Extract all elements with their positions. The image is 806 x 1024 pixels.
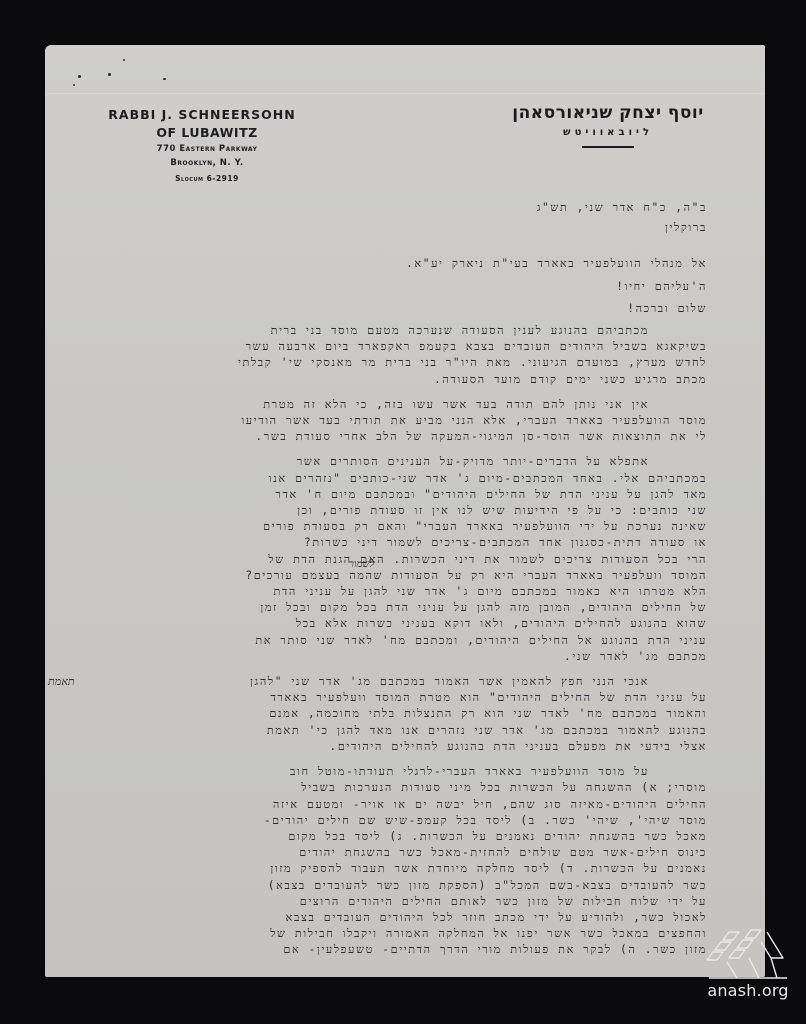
letterhead-address: 770 Eastern Parkway <box>107 144 307 154</box>
letter-line: על מוסד הוועלפעיר באארד העברי-לרגלי תעוד… <box>97 764 707 780</box>
letter-line: החילים היהודים-מאיזה סוג שהם, חיל יבשה י… <box>97 797 707 813</box>
letter-addressee: אל מנהלי הוועלפעיר באארד בעי"ת ניארק יע"… <box>97 256 707 272</box>
paper-speck <box>163 78 166 80</box>
letter-line: נאמנים על הכשרות. ד) ליסד מחלקה מיוחדת א… <box>97 861 707 877</box>
anash-watermark: anash.org <box>693 928 803 1018</box>
hebrew-letterhead: יוסף יצחק שניאורסאהן ליובאוויטש <box>503 103 713 148</box>
handwritten-note: לשמור <box>349 559 374 570</box>
letter-line: כינוס חילים-אשר מטם שולחים להחזית-מאכל כ… <box>97 845 707 861</box>
letterhead-phone: Slocum 6-2919 <box>107 174 307 183</box>
paper-speck <box>108 73 111 76</box>
handwritten-note: תאמת <box>48 675 75 688</box>
letter-line: מזון כשר. ה) לבקר את פעולות מורי הדרך הד… <box>97 942 707 958</box>
paragraph-gap <box>97 755 707 764</box>
letter-line: אין אני נותן להם תודה בעד אשר עשו בזה, כ… <box>97 397 707 413</box>
letterhead-hebrew-place: ליובאוויטש <box>503 127 713 138</box>
date-block: ב"ה, כ"ח אדר שני, תש"ג ברוקלין <box>97 200 707 236</box>
letter-line: מוסד שיהי', שיהי' כשר. ב) ליסד בכל קעמפ-… <box>97 813 707 829</box>
letter-line: בשיקאגא בשביל היהודים העובדים בצבא בקעמפ… <box>97 339 707 355</box>
letter-paragraphs: מכתביהם בהנוגע לענין הסעודה שנערכה מטעם … <box>97 323 707 959</box>
letter-location: ברוקלין <box>97 220 707 236</box>
letterhead-hebrew-name: יוסף יצחק שניאורסאהן <box>503 103 713 123</box>
letter-line: או סעודה דתית-כסגנון אחד המכתבים-צריכים … <box>97 535 707 551</box>
letter-line: מכתב מרגיע כשני ימים קודם מועד הסעודה. <box>97 372 707 388</box>
english-letterhead: RABBI J. SCHNEERSOHN OF LUBAWITZ 770 Eas… <box>107 107 307 183</box>
letter-line: הלא מטרתו היא כאמור במכתבם מיום ג' אדר ש… <box>97 584 707 600</box>
letter-line: מוסרי; א) ההשגחה על הכשרות בכל מיני סעוד… <box>97 780 707 796</box>
letter-date: ב"ה, כ"ח אדר שני, תש"ג <box>97 200 707 216</box>
letterhead-divider <box>582 146 634 148</box>
letter-line: אתפלא על הדברים-יותר מדויק-על הענינים הס… <box>97 454 707 470</box>
letter-greeting: שלום וברכה! <box>97 301 707 317</box>
letter-line: מאד להגן על עניני הדת של החילים היהודים"… <box>97 487 707 503</box>
letter-line: מכתבם מג' לאדר שני. <box>97 649 707 665</box>
letter-line: בהנוגע להאמור במכתבם מג' אדר שני נזהרים … <box>97 723 707 739</box>
letter-body: ב"ה, כ"ח אדר שני, תש"ג ברוקלין אל מנהלי … <box>97 200 707 959</box>
paper-speck <box>123 59 125 61</box>
anash-logo-icon <box>693 928 803 983</box>
letter-line: עניני הדת בהנוגע אל החילים היהודים, ומכת… <box>97 633 707 649</box>
paper-speck <box>73 84 75 86</box>
paragraph-gap <box>97 388 707 397</box>
letterhead-of: OF LUBAWITZ <box>107 125 307 140</box>
letter-blessing: ה'עליהם יחיו! <box>97 279 707 295</box>
letter-line: לאכול כשר, ולהודיע על ידי מכתב חוזר לכל … <box>97 910 707 926</box>
letter-line: על ידי שלוח חבילות של מזון כשר לאותם החי… <box>97 894 707 910</box>
letter-line: והחפצים במאכל כשר אשר יפנו אל המחלקה האמ… <box>97 926 707 942</box>
paper-speck <box>78 75 81 78</box>
watermark-text: anash.org <box>693 981 803 1000</box>
letter-line: המוסד וועלפעיר באארד העברי היא רק על הסע… <box>97 568 707 584</box>
letter-line: לי את התוצאות אשר הוסר-סן המיגוי-המעקה ש… <box>97 429 707 445</box>
letter-line: כשר להעובדים בצבא-בשם המכל"ב (הספקת מזון… <box>97 878 707 894</box>
letter-line: הרי בכל הסעודות צריכים לשמור את דיני הכש… <box>97 552 707 568</box>
letter-line: במכתביהם אלי. באחד המכתבים-מיום ג' אדר ש… <box>97 471 707 487</box>
letter-line: על עניני הדת של החילים היהודים" הוא מטרת… <box>97 690 707 706</box>
paragraph-gap <box>97 445 707 454</box>
letter-line: שהוא בהנוגע להחילים היהודים, ולאו דוקא ב… <box>97 616 707 632</box>
letterhead-name: RABBI J. SCHNEERSOHN <box>97 107 307 122</box>
letter-line: שאינה נערכת על ידי הוועלפעיר באארד העברי… <box>97 519 707 535</box>
letter-line: של החילים היהודים, המובן מזה להגן על עני… <box>97 600 707 616</box>
paper-fold-line <box>45 93 765 94</box>
letter-line: והאמור במכתבם מח' לאדר שני הוא רק התנצלו… <box>97 706 707 722</box>
letterhead-city: Brooklyn, N. Y. <box>107 158 307 168</box>
letter-line: אצלי בידעי את מפעלם בעניני הדת בהנוגע לה… <box>97 739 707 755</box>
paragraph-gap <box>97 665 707 674</box>
letter-line: מוסד הוועלפעיר באארד העברי, אלא הנני מבי… <box>97 413 707 429</box>
letter-line: מכתביהם בהנוגע לענין הסעודה שנערכה מטעם … <box>97 323 707 339</box>
letter-line: אנכי הנני חפץ להאמין אשר האמור במכתבם מג… <box>97 674 707 690</box>
letter-line: לחדש מערץ, במועדם הגיעוני. מאת היו"ר בני… <box>97 355 707 371</box>
letter-line: שני כותבים: כי על פי הידיעות שיש לנו אין… <box>97 503 707 519</box>
letter-page: RABBI J. SCHNEERSOHN OF LUBAWITZ 770 Eas… <box>45 45 765 977</box>
letter-line: מאכל כשר בהשגחת יהודים נאמנים על הכשרות.… <box>97 829 707 845</box>
